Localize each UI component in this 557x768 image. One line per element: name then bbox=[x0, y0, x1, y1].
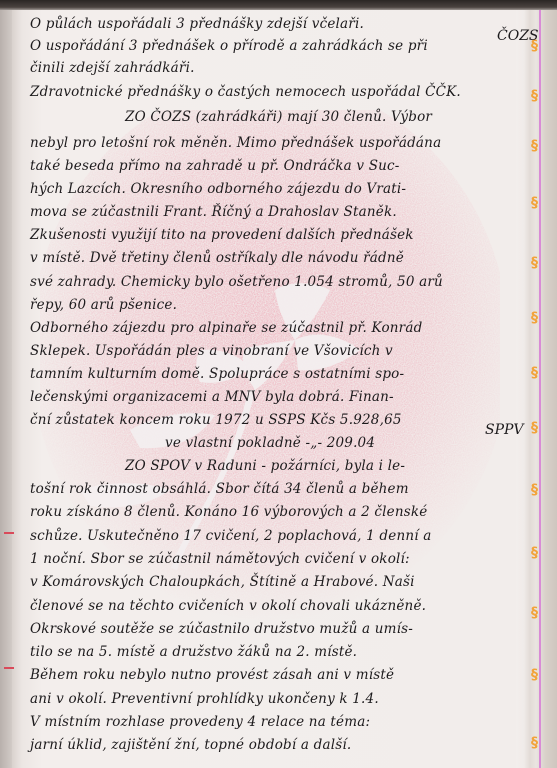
text-line: schůze. Uskutečněno 17 cvičení, 2 poplac… bbox=[30, 528, 432, 544]
text-line: tošní rok činnost obsáhlá. Sbor čítá 34 … bbox=[30, 481, 409, 497]
text-line: Sklepek. Uspořádán ples a vinobraní ve V… bbox=[30, 343, 393, 359]
text-line: členové se na těchto cvičeních v okolí c… bbox=[30, 598, 426, 614]
text-line: Okrskové soutěže se zúčastnilo družstvo … bbox=[30, 621, 413, 637]
margin-mark-icon: § bbox=[531, 605, 541, 621]
text-line: ani v okolí. Preventivní prohlídky ukonč… bbox=[30, 691, 379, 707]
text-line: O uspořádání 3 přednášek o přírodě a zah… bbox=[30, 38, 428, 54]
margin-mark-icon: § bbox=[531, 88, 541, 104]
text-line: Zdravotnické přednášky o častých nemocec… bbox=[30, 84, 461, 100]
margin-mark-icon: § bbox=[531, 420, 541, 436]
text-line: činili zdejší zahrádkáři. bbox=[30, 60, 195, 76]
margin-mark-icon: § bbox=[531, 195, 541, 211]
margin-mark-icon: § bbox=[531, 735, 541, 751]
text-line: tilo se na 5. místě a družstvo žáků na 2… bbox=[30, 644, 357, 660]
text-line: ční zůstatek koncem roku 1972 u SSPS Kčs… bbox=[30, 412, 402, 428]
text-line: hých Lazcích. Okresního odborného zájezd… bbox=[30, 181, 406, 197]
margin-mark-icon: § bbox=[531, 482, 541, 498]
text-line: jarní úklid, zajištění žní, topné období… bbox=[30, 737, 351, 753]
text-line: Odborného zájezdu pro alpinaře se zúčast… bbox=[30, 320, 422, 336]
margin-mark-icon: § bbox=[531, 545, 541, 561]
text-line: v Komárovských Chaloupkách, Štítině a Hr… bbox=[30, 574, 415, 590]
page-edge bbox=[516, 10, 557, 768]
left-margin-tick bbox=[4, 667, 14, 669]
text-line: ZO SPOV v Raduni - požárníci, byla i le- bbox=[125, 458, 405, 474]
text-line: řepy, 60 arů pšenice. bbox=[30, 297, 177, 313]
text-line: v místě. Dvě třetiny členů ostříkaly dle… bbox=[30, 250, 404, 266]
margin-line bbox=[539, 10, 541, 768]
text-line: O půlách uspořádali 3 přednášky zdejší v… bbox=[30, 16, 364, 32]
text-line: mova se zúčastnili Frant. Říčný a Drahos… bbox=[30, 204, 397, 220]
organization-label-czs: ČOZS bbox=[497, 28, 539, 44]
text-line: ZO ČOZS (zahrádkáři) mají 30 členů. Výbo… bbox=[125, 109, 432, 125]
text-line: V místním rozhlase provedeny 4 relace na… bbox=[30, 714, 370, 730]
text-line: roku získáno 8 členů. Konáno 16 výborový… bbox=[30, 504, 427, 520]
text-line: 1 noční. Sbor se zúčastnil námětových cv… bbox=[30, 551, 410, 567]
margin-mark-icon: § bbox=[531, 310, 541, 326]
margin-mark-icon: § bbox=[531, 255, 541, 271]
text-line: tamním kulturním domě. Spolupráce s osta… bbox=[30, 366, 404, 382]
text-line: Během roku nebylo nutno provést zásah an… bbox=[30, 667, 394, 683]
margin-mark-icon: § bbox=[531, 667, 541, 683]
text-line: Zkušenosti využijí tito na provedení dal… bbox=[30, 227, 414, 243]
left-margin-tick bbox=[4, 532, 14, 534]
text-line: také beseda přímo na zahradě u př. Ondrá… bbox=[30, 158, 400, 174]
text-line: nebyl pro letošní rok měněn. Mimo předná… bbox=[30, 135, 441, 151]
text-line: ve vlastní pokladně -„- 209.04 bbox=[165, 435, 375, 451]
organization-label-sppv: SPPV bbox=[485, 422, 524, 438]
text-line: lečenskými organizacemi a MNV byla dobrá… bbox=[30, 389, 394, 405]
margin-mark-icon: § bbox=[531, 138, 541, 154]
margin-mark-icon: § bbox=[531, 365, 541, 381]
text-line: své zahrady. Chemicky bylo ošetřeno 1.05… bbox=[30, 274, 443, 290]
